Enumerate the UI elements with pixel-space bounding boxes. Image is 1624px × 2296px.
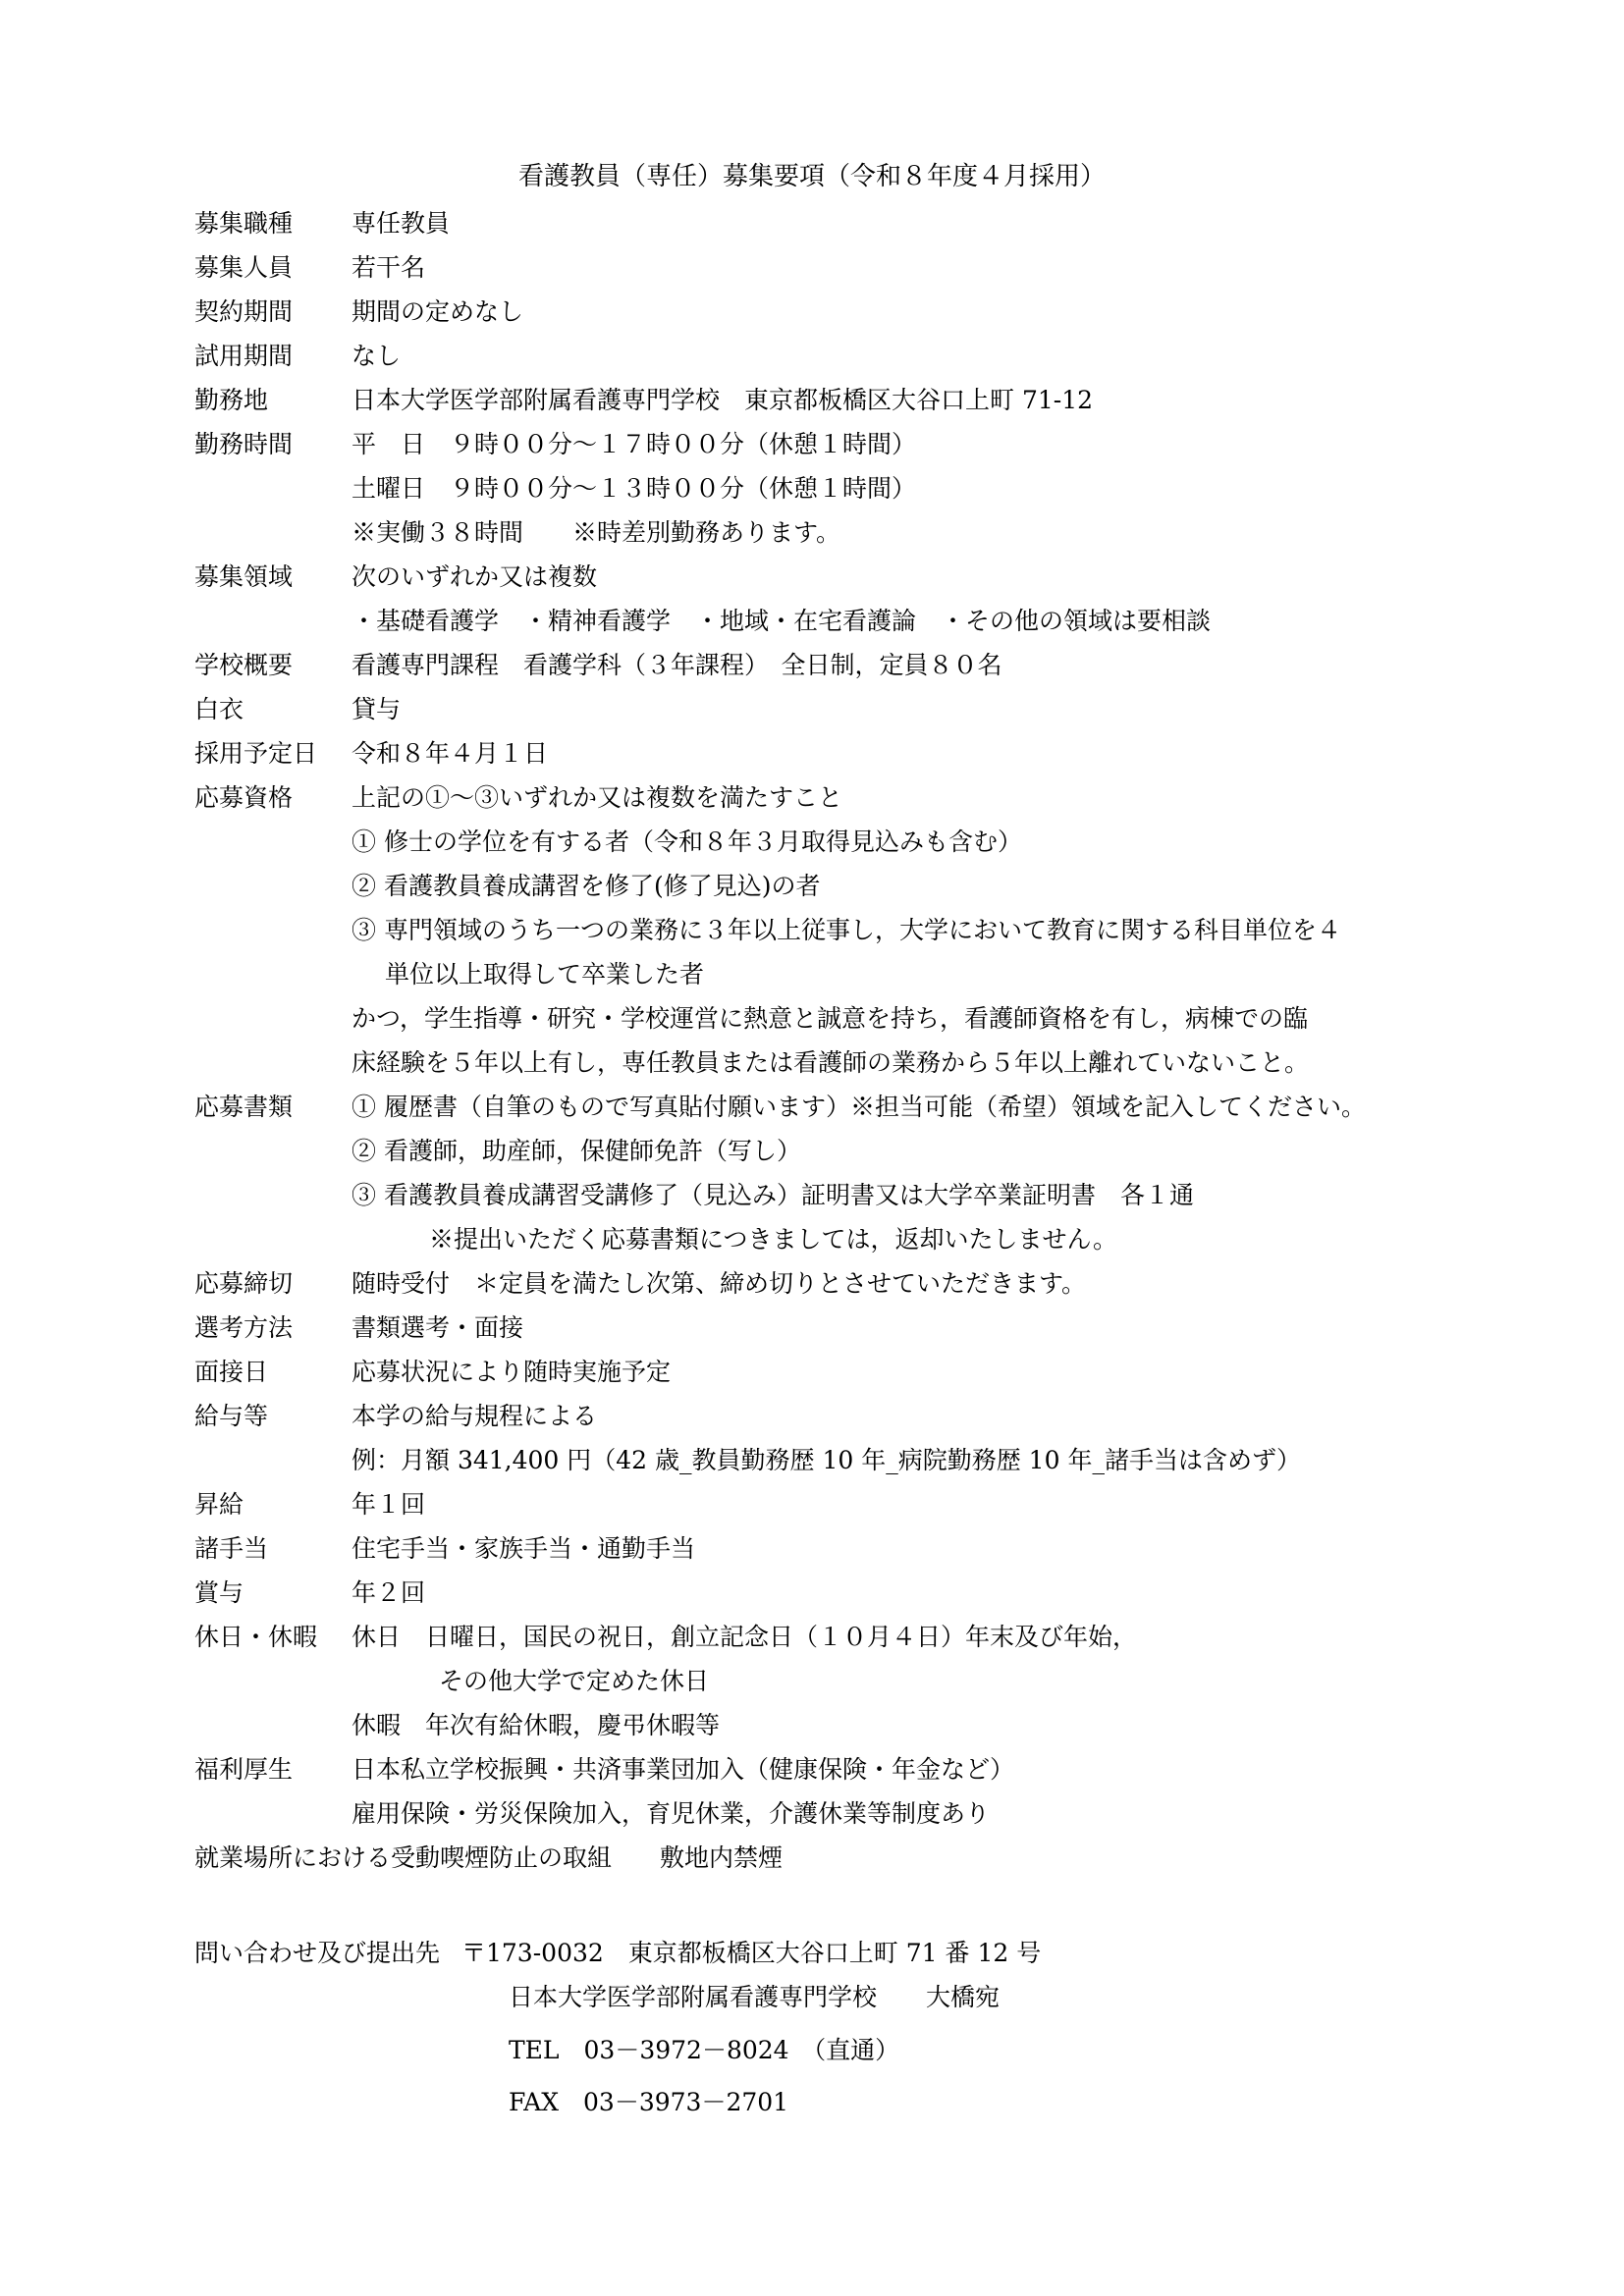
requirement-value: 例：月額 341,400 円（42 歳_教員勤務歴 10 年_病院勤務歴 10 … bbox=[352, 1438, 1301, 1482]
contact-label: 問い合わせ及び提出先 bbox=[194, 1931, 440, 1975]
requirement-row: 休暇 年次有給休暇，慶弔休暇等 bbox=[0, 1703, 1624, 1747]
requirement-label: 休日・休暇 bbox=[194, 1615, 317, 1659]
requirement-row: 募集領域次のいずれか又は複数 bbox=[0, 555, 1624, 599]
requirement-value: 次のいずれか又は複数 bbox=[352, 555, 597, 599]
requirement-label: 福利厚生 bbox=[194, 1747, 293, 1791]
requirement-row: 学校概要看護専門課程 看護学科（３年課程） 全日制，定員８０名 bbox=[0, 643, 1624, 687]
requirement-row: 勤務地日本大学医学部附属看護専門学校 東京都板橋区大谷口上町 71-12 bbox=[0, 378, 1624, 422]
requirement-value: 日本大学医学部附属看護専門学校 東京都板橋区大谷口上町 71-12 bbox=[352, 378, 1093, 422]
smoking-policy-row: 就業場所における受動喫煙防止の取組 敷地内禁煙 bbox=[0, 1836, 1624, 1880]
requirement-row: かつ，学生指導・研究・学校運営に熱意と誠意を持ち，看護師資格を有し，病棟での臨 bbox=[0, 996, 1624, 1041]
requirement-row: 応募締切随時受付 ＊定員を満たし次第、締め切りとさせていただきます。 bbox=[0, 1261, 1624, 1306]
requirement-value: ② 看護師，助産師，保健師免許（写し） bbox=[352, 1129, 801, 1173]
requirement-row: 福利厚生日本私立学校振興・共済事業団加入（健康保険・年金など） bbox=[0, 1747, 1624, 1791]
requirement-row: 応募書類① 履歴書（自筆のもので写真貼付願います）※担当可能（希望）領域を記入し… bbox=[0, 1085, 1624, 1129]
requirement-row: 給与等本学の給与規程による bbox=[0, 1394, 1624, 1438]
contact-row: 問い合わせ及び提出先 〒173-0032 東京都板橋区大谷口上町 71 番 12… bbox=[0, 1931, 1624, 1975]
requirement-value: 期間の定めなし bbox=[352, 290, 523, 334]
requirement-value: その他大学で定めた休日 bbox=[439, 1659, 709, 1703]
requirement-label: 諸手当 bbox=[194, 1526, 268, 1571]
requirement-value: 書類選考・面接 bbox=[352, 1306, 523, 1350]
contact-fax-row: FAX 03－3973－2701 bbox=[0, 2080, 1624, 2124]
requirement-row: ※提出いただく応募書類につきましては，返却いたしません。 bbox=[0, 1217, 1624, 1261]
requirement-value: 令和８年４月１日 bbox=[352, 731, 548, 775]
requirement-value: 上記の①～③いずれか又は複数を満たすこと bbox=[352, 775, 842, 820]
requirement-value: なし bbox=[352, 334, 401, 378]
requirement-row: 雇用保険・労災保険加入，育児休業，介護休業等制度あり bbox=[0, 1791, 1624, 1836]
requirement-label: 募集人員 bbox=[194, 245, 293, 290]
contact-fax: FAX 03－3973－2701 bbox=[509, 2080, 788, 2124]
requirement-value: 平 日 ９時００分～１７時００分（休憩１時間） bbox=[352, 422, 916, 466]
requirement-label: 白衣 bbox=[194, 687, 244, 731]
requirement-label: 試用期間 bbox=[194, 334, 293, 378]
requirement-value: ② 看護教員養成講習を修了(修了見込)の者 bbox=[352, 864, 820, 908]
requirement-label: 勤務地 bbox=[194, 378, 268, 422]
requirement-row: 勤務時間平 日 ９時００分～１７時００分（休憩１時間） bbox=[0, 422, 1624, 466]
requirement-row: 諸手当住宅手当・家族手当・通勤手当 bbox=[0, 1526, 1624, 1571]
requirement-label: 給与等 bbox=[194, 1394, 268, 1438]
requirement-value: ③ 看護教員養成講習受講修了（見込み）証明書又は大学卒業証明書 各１通 bbox=[352, 1173, 1194, 1217]
requirement-row: 休日・休暇休日 日曜日，国民の祝日，創立記念日（１０月４日）年末及び年始， bbox=[0, 1615, 1624, 1659]
requirement-value: 休日 日曜日，国民の祝日，創立記念日（１０月４日）年末及び年始， bbox=[352, 1615, 1137, 1659]
requirement-row: 契約期間期間の定めなし bbox=[0, 290, 1624, 334]
requirement-value: 床経験を５年以上有し，専任教員または看護師の業務から５年以上離れていないこと。 bbox=[352, 1041, 1309, 1085]
requirement-row: 募集職種専任教員 bbox=[0, 201, 1624, 245]
requirement-label: 応募締切 bbox=[194, 1261, 293, 1306]
requirement-value: 土曜日 ９時００分～１３時００分（休憩１時間） bbox=[352, 466, 916, 510]
requirement-row: 選考方法書類選考・面接 bbox=[0, 1306, 1624, 1350]
requirement-row: 応募資格上記の①～③いずれか又は複数を満たすこと bbox=[0, 775, 1624, 820]
requirement-label: 応募書類 bbox=[194, 1085, 293, 1129]
requirement-label: 応募資格 bbox=[194, 775, 293, 820]
requirement-value: ③ 専門領域のうち一つの業務に３年以上従事し，大学において教育に関する科目単位を… bbox=[352, 908, 1341, 952]
requirement-value: 単位以上取得して卒業した者 bbox=[385, 952, 704, 996]
requirement-row: ③ 専門領域のうち一つの業務に３年以上従事し，大学において教育に関する科目単位を… bbox=[0, 908, 1624, 952]
requirement-label: 面接日 bbox=[194, 1350, 268, 1394]
requirement-value: ※実働３８時間 ※時差別勤務あります。 bbox=[352, 510, 840, 555]
requirement-value: 雇用保険・労災保険加入，育児休業，介護休業等制度あり bbox=[352, 1791, 990, 1836]
requirement-row: ・基礎看護学 ・精神看護学 ・地域・在宅看護論 ・その他の領域は要相談 bbox=[0, 599, 1624, 643]
requirement-value: ① 履歴書（自筆のもので写真貼付願います）※担当可能（希望）領域を記入してくださ… bbox=[352, 1085, 1366, 1129]
requirement-row: 試用期間なし bbox=[0, 334, 1624, 378]
requirement-value: 看護専門課程 看護学科（３年課程） 全日制，定員８０名 bbox=[352, 643, 1002, 687]
requirement-value: 応募状況により随時実施予定 bbox=[352, 1350, 671, 1394]
requirement-value: 日本私立学校振興・共済事業団加入（健康保険・年金など） bbox=[352, 1747, 1014, 1791]
requirement-row: ※実働３８時間 ※時差別勤務あります。 bbox=[0, 510, 1624, 555]
requirement-value: かつ，学生指導・研究・学校運営に熱意と誠意を持ち，看護師資格を有し，病棟での臨 bbox=[352, 996, 1308, 1041]
requirement-row: その他大学で定めた休日 bbox=[0, 1659, 1624, 1703]
requirement-label: 賞与 bbox=[194, 1571, 244, 1615]
smoking-policy-value: 敷地内禁煙 bbox=[660, 1836, 783, 1880]
requirement-row: 面接日応募状況により随時実施予定 bbox=[0, 1350, 1624, 1394]
requirement-label: 募集職種 bbox=[194, 201, 293, 245]
requirement-value: 住宅手当・家族手当・通勤手当 bbox=[352, 1526, 695, 1571]
requirement-value: 年２回 bbox=[352, 1571, 425, 1615]
requirement-row: 昇給年１回 bbox=[0, 1482, 1624, 1526]
requirement-row: ② 看護師，助産師，保健師免許（写し） bbox=[0, 1129, 1624, 1173]
requirement-row: 土曜日 ９時００分～１３時００分（休憩１時間） bbox=[0, 466, 1624, 510]
requirement-label: 学校概要 bbox=[194, 643, 293, 687]
requirement-row: ① 修士の学位を有する者（令和８年３月取得見込みも含む） bbox=[0, 820, 1624, 864]
contact-address: 〒173-0032 東京都板橋区大谷口上町 71 番 12 号 bbox=[461, 1931, 1041, 1975]
requirement-row: ② 看護教員養成講習を修了(修了見込)の者 bbox=[0, 864, 1624, 908]
requirement-label: 勤務時間 bbox=[194, 422, 293, 466]
contact-tel-row: TEL 03－3972－8024 （直通） bbox=[0, 2028, 1624, 2072]
requirement-value: ① 修士の学位を有する者（令和８年３月取得見込みも含む） bbox=[352, 820, 1022, 864]
requirement-label: 昇給 bbox=[194, 1482, 244, 1526]
requirement-label: 契約期間 bbox=[194, 290, 293, 334]
requirement-value: 随時受付 ＊定員を満たし次第、締め切りとさせていただきます。 bbox=[352, 1261, 1086, 1306]
requirement-value: 貸与 bbox=[352, 687, 401, 731]
requirement-row: 単位以上取得して卒業した者 bbox=[0, 952, 1624, 996]
requirement-value: 休暇 年次有給休暇，慶弔休暇等 bbox=[352, 1703, 720, 1747]
requirement-label: 採用予定日 bbox=[194, 731, 317, 775]
requirement-value: 専任教員 bbox=[352, 201, 450, 245]
requirement-value: ・基礎看護学 ・精神看護学 ・地域・在宅看護論 ・その他の領域は要相談 bbox=[352, 599, 1211, 643]
requirement-row: 白衣貸与 bbox=[0, 687, 1624, 731]
requirement-row: 例：月額 341,400 円（42 歳_教員勤務歴 10 年_病院勤務歴 10 … bbox=[0, 1438, 1624, 1482]
contact-school-row: 日本大学医学部附属看護専門学校 大橋宛 bbox=[0, 1975, 1624, 2019]
requirement-row: 賞与年２回 bbox=[0, 1571, 1624, 1615]
page-title: 看護教員（専任）募集要項（令和８年度４月採用） bbox=[0, 159, 1624, 194]
contact-tel: TEL 03－3972－8024 （直通） bbox=[509, 2028, 899, 2072]
requirement-label: 選考方法 bbox=[194, 1306, 293, 1350]
requirement-row: ③ 看護教員養成講習受講修了（見込み）証明書又は大学卒業証明書 各１通 bbox=[0, 1173, 1624, 1217]
requirement-value: 年１回 bbox=[352, 1482, 425, 1526]
requirement-value: 本学の給与規程による bbox=[352, 1394, 597, 1438]
requirement-row: 床経験を５年以上有し，専任教員または看護師の業務から５年以上離れていないこと。 bbox=[0, 1041, 1624, 1085]
requirement-label: 募集領域 bbox=[194, 555, 293, 599]
document-page: 看護教員（専任）募集要項（令和８年度４月採用） 募集職種専任教員募集人員若干名契… bbox=[0, 0, 1624, 2296]
requirement-row: 募集人員若干名 bbox=[0, 245, 1624, 290]
requirement-value: ※提出いただく応募書類につきましては，返却いたしません。 bbox=[429, 1217, 1117, 1261]
requirement-row: 採用予定日令和８年４月１日 bbox=[0, 731, 1624, 775]
requirement-value: 若干名 bbox=[352, 245, 425, 290]
smoking-policy-label: 就業場所における受動喫煙防止の取組 bbox=[194, 1836, 612, 1880]
contact-school: 日本大学医学部附属看護専門学校 大橋宛 bbox=[509, 1975, 1000, 2019]
